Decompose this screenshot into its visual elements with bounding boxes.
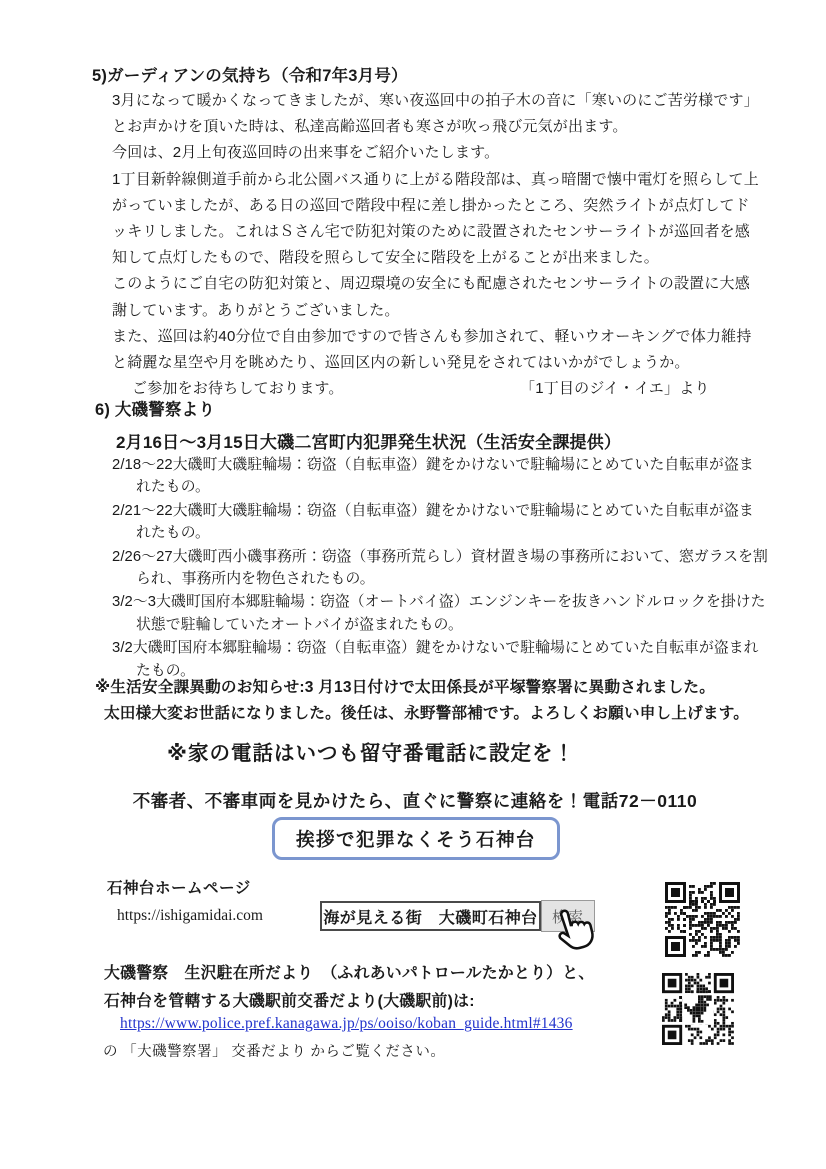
paragraph: このようにご自宅の防犯対策と、周辺環境の安全にも配慮されたセンサーライトの設置に… <box>112 271 760 323</box>
crime-incident-list: 2/18～22大磯町大磯駐輪場：窃盗（自転車盗）鍵をかけないで駐輪場にとめていた… <box>112 454 768 683</box>
hand-pointer-icon <box>551 908 597 956</box>
crime-incident: 2/21～22大磯町大磯駐輪場：窃盗（自転車盗）鍵をかけないで駐輪場にとめていた… <box>112 500 768 545</box>
crime-incident: 3/2～3大磯町国府本郷駐輪場：窃盗（オートバイ盗）エンジンキーを抜きハンドルロ… <box>112 591 768 636</box>
slogan-text: 挨拶で犯罪なくそう石神台 <box>296 826 536 852</box>
paragraph: 3月になって暖かくなってきましたが、寒い夜巡回中の拍子木の音に「寒いのにご苦労様… <box>112 88 760 140</box>
notice-line-1: ※生活安全課異動のお知らせ:3 月13日付けで太田係長が平塚警察署に異動されまし… <box>95 675 785 701</box>
qr-code-police-with-dino-logo <box>662 973 734 1045</box>
slogan-box: 挨拶で犯罪なくそう石神台 <box>272 817 560 860</box>
qr-code-homepage <box>665 882 740 957</box>
police-info-block: 大磯警察 生沢駐在所だより （ふれあいパトロールたかとり）と、 石神台を管轄する… <box>104 960 594 1015</box>
closing-left-text: ご参加をお待ちしております。 <box>132 380 344 397</box>
search-input[interactable]: 海が見える街 大磯町石神台 <box>320 901 541 931</box>
police-koban-link[interactable]: https://www.police.pref.kanagawa.jp/ps/o… <box>120 1015 573 1033</box>
police-line-1: 大磯警察 生沢駐在所だより （ふれあいパトロールたかとり）と、 <box>104 960 594 988</box>
paragraph: また、巡回は約40分位で自由参加ですので皆さんも参加されて、軽いウオーキングで体… <box>112 324 760 376</box>
notice-line-2: 太田様大変お世話になりました。後任は、永野警部補です。よろしくお願い申し上げます… <box>104 701 785 727</box>
search-query-text: 海が見える街 大磯町石神台 <box>323 905 538 928</box>
closing-attribution: 「1丁目のジイ・イエ」より <box>520 376 710 402</box>
report-to-police-alert: 不審者、不審車両を見かけたら、直ぐに警察に連絡を！電話72－0110 <box>0 788 826 813</box>
homepage-label: 石神台ホームページ <box>107 876 251 898</box>
personnel-change-notice: ※生活安全課異動のお知らせ:3 月13日付けで太田係長が平塚警察署に異動されまし… <box>95 675 785 727</box>
section5-body: 3月になって暖かくなってきましたが、寒い夜巡回中の拍子木の音に「寒いのにご苦労様… <box>112 88 760 402</box>
section5-paragraphs: 3月になって暖かくなってきましたが、寒い夜巡回中の拍子木の音に「寒いのにご苦労様… <box>112 88 760 376</box>
police-note: の 「大磯警察署」 交番だより からご覧ください。 <box>103 1040 445 1061</box>
homepage-url: https://ishigamidai.com <box>117 907 263 925</box>
paragraph: 今回は、2月上旬夜巡回時の出来事をご紹介いたします。 <box>112 140 760 166</box>
newsletter-page: 5)ガーディアンの気持ち（令和7年3月号） 3月になって暖かくなってきましたが、… <box>0 0 826 1169</box>
answering-machine-alert: ※家の電話はいつも留守番電話に設定を！ <box>0 736 742 766</box>
police-line-2: 石神台を管轄する大磯駅前交番だより(大磯駅前)は: <box>104 988 594 1016</box>
crime-incident: 2/26～27大磯町西小磯事務所：窃盗（事務所荒らし）資材置き場の事務所において… <box>112 546 768 591</box>
paragraph: 1丁目新幹線側道手前から北公園バス通りに上がる階段部は、真っ暗闇で懐中電灯を照ら… <box>112 167 760 272</box>
crime-report-subtitle: 2月16日～3月15日大磯二宮町内犯罪発生状況（生活安全課提供） <box>116 428 621 453</box>
section5-title: 5)ガーディアンの気持ち（令和7年3月号） <box>92 62 408 86</box>
section6-title: 6) 大磯警察より <box>95 396 215 420</box>
crime-incident: 2/18～22大磯町大磯駐輪場：窃盗（自転車盗）鍵をかけないで駐輪場にとめていた… <box>112 454 768 499</box>
